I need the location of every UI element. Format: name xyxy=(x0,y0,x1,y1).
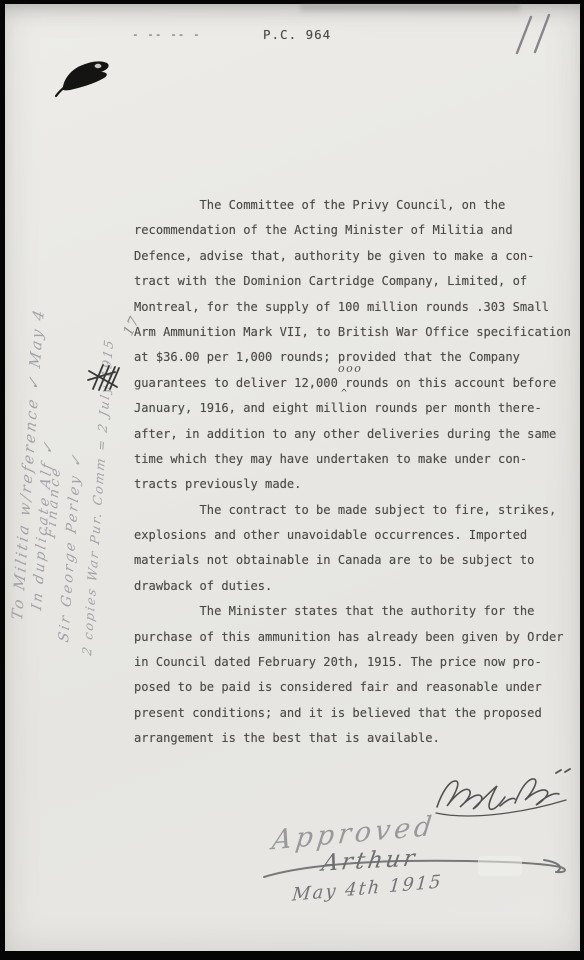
typed-line: arrangement is the best that is availabl… xyxy=(134,726,582,751)
governor-signature: Arthur xyxy=(320,845,419,876)
typed-line: time which they may have undertaken to m… xyxy=(134,447,582,472)
scanned-document: - -- -- - P.C. 964 The Committee of the … xyxy=(0,0,584,960)
document-number: P.C. 964 xyxy=(263,27,331,42)
typed-line: after, in addition to any other deliveri… xyxy=(134,422,582,447)
typed-line: materials not obtainable in Canada are t… xyxy=(134,548,582,573)
typed-line: Arm Ammunition Mark VII, to British War … xyxy=(134,320,582,345)
typed-line: in Council dated February 20th, 1915. Th… xyxy=(134,650,582,675)
typed-line: explosions and other unavoidable occurre… xyxy=(134,523,582,548)
typed-line: posed to be paid is considered fair and … xyxy=(134,675,582,700)
typed-line: Montreal, for the supply of 100 million … xyxy=(134,295,582,320)
scan-smudge xyxy=(300,4,520,15)
typed-line: The contract to be made subject to fire,… xyxy=(134,498,582,523)
typed-line: recommendation of the Acting Minister of… xyxy=(134,218,582,243)
typed-line: The Minister states that the authority f… xyxy=(134,599,582,624)
typed-line: tract with the Dominion Cartridge Compan… xyxy=(134,269,582,294)
typed-line: January, 1916, and eight million rounds … xyxy=(134,396,582,421)
typed-line: The Committee of the Privy Council, on t… xyxy=(134,193,582,218)
typed-body: The Committee of the Privy Council, on t… xyxy=(134,193,582,752)
typed-line: Defence, advise that, authority be given… xyxy=(134,244,582,269)
typed-line: purchase of this ammunition has already … xyxy=(134,625,582,650)
typed-line: drawback of duties. xyxy=(134,574,582,599)
insertion-caret: ^ xyxy=(341,388,347,399)
typed-line: present conditions; and it is believed t… xyxy=(134,701,582,726)
handwritten-insertion: ooo xyxy=(338,362,362,375)
typed-line: tracts previously made. xyxy=(134,472,582,497)
header-dashes: - -- -- - xyxy=(132,28,201,41)
